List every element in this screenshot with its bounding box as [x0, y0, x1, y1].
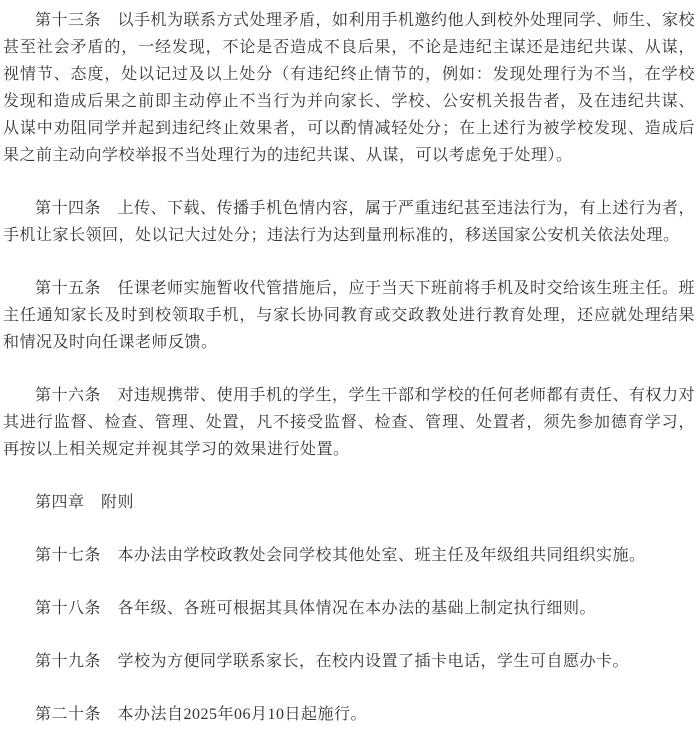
paragraph-article-17: 第十七条 本办法由学校政教处会同学校其他处室、班主任及年级组共同组织实施。 — [3, 542, 695, 569]
paragraph-article-15: 第十五条 任课老师实施暂收代管措施后，应于当天下班前将手机及时交给该生班主任。班… — [3, 275, 695, 356]
paragraph-article-16: 第十六条 对违规携带、使用手机的学生，学生干部和学校的任何老师都有责任、有权力对… — [3, 382, 695, 463]
document-page: 第十三条 以手机为联系方式处理矛盾，如利用手机邀约他人到校外处理同学、师生、家校… — [0, 0, 698, 729]
paragraph-article-14: 第十四条 上传、下载、传播手机色情内容，属于严重违纪甚至违法行为，有上述行为者，… — [3, 195, 695, 249]
paragraph-article-13: 第十三条 以手机为联系方式处理矛盾，如利用手机邀约他人到校外处理同学、师生、家校… — [3, 7, 695, 169]
paragraph-article-18: 第十八条 各年级、各班可根据其具体情况在本办法的基础上制定执行细则。 — [3, 595, 695, 622]
paragraph-article-20: 第二十条 本办法自2025年06月10日起施行。 — [3, 701, 695, 728]
chapter-heading: 第四章 附则 — [3, 489, 695, 516]
paragraph-article-19: 第十九条 学校为方便同学联系家长，在校内设置了插卡电话，学生可自愿办卡。 — [3, 648, 695, 675]
